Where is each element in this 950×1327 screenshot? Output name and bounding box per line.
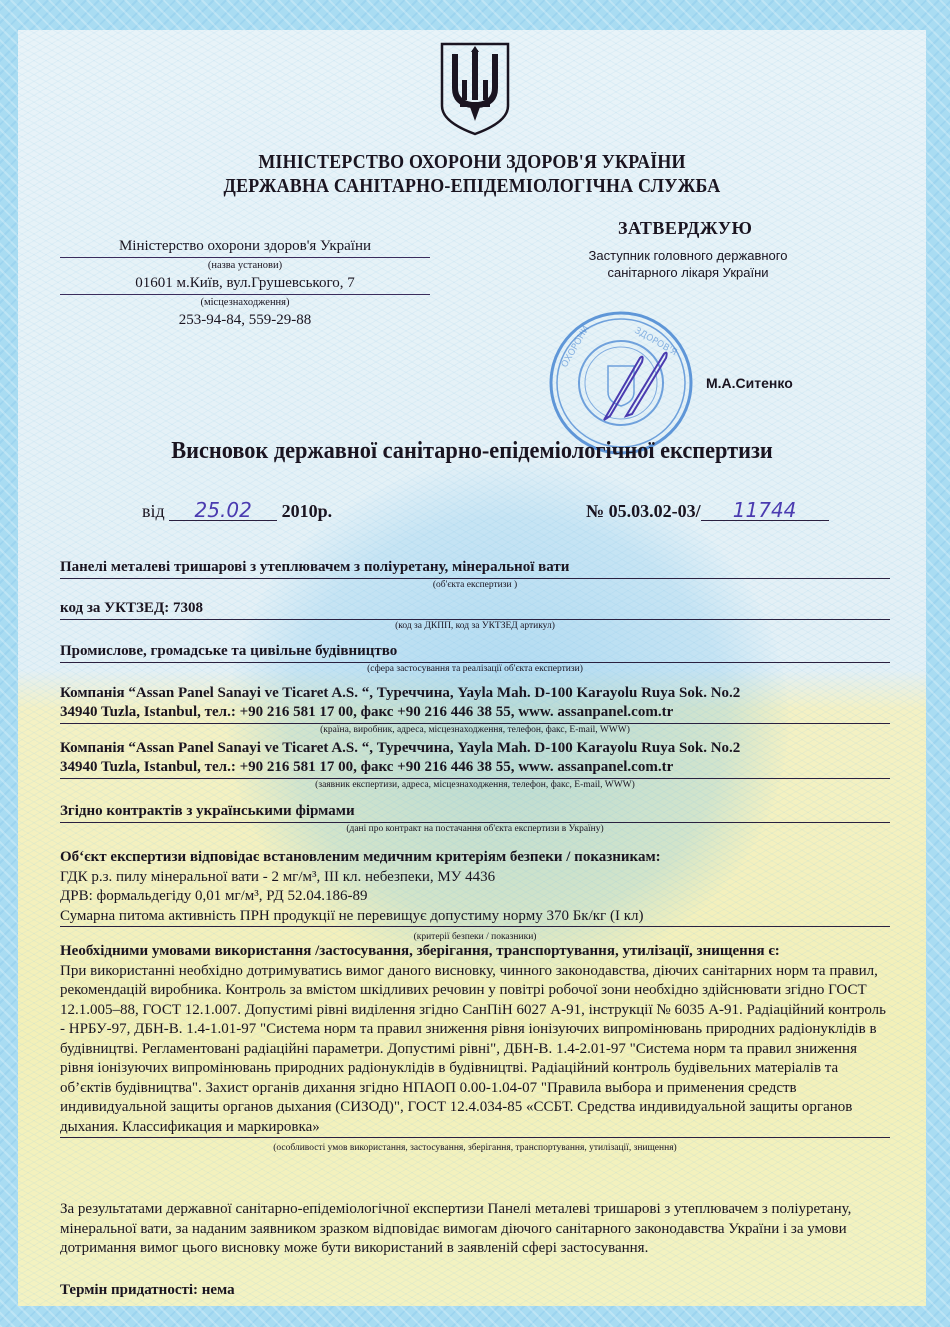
conditions-block: Необхідними умовами використання /застос… bbox=[60, 942, 890, 1159]
svg-text:ЗДОРОВ'Я: ЗДОРОВ'Я bbox=[633, 326, 679, 358]
date-prefix: від bbox=[142, 501, 165, 521]
signer-name: М.А.Ситенко bbox=[706, 375, 793, 391]
number-handwritten: 11744 bbox=[701, 500, 829, 521]
criteria-line2: ДРВ: формальдегіду 0,01 мг/м³, РД 52.04.… bbox=[60, 887, 890, 907]
object-caption: (об'єкта експертизи ) bbox=[60, 579, 890, 590]
approval-role-line2: санітарного лікаря України bbox=[558, 264, 818, 281]
conditions-title: Необхідними умовами використання /застос… bbox=[60, 942, 890, 962]
trident-coat-of-arms-icon bbox=[438, 40, 512, 136]
ministry-title-line2: ДЕРЖАВНА САНІТАРНО-ЕПІДЕМІОЛОГІЧНА СЛУЖБ… bbox=[54, 176, 889, 198]
field-applicant: Компанія “Assan Panel Sanayi ve Ticaret … bbox=[60, 739, 890, 790]
scope-caption: (сфера застосування та реалізації об'єкт… bbox=[60, 663, 890, 674]
institution-phones: 253-94-84, 559-29-88 bbox=[60, 312, 430, 329]
applicant-line2: 34940 Tuzla, Istanbul, тел.: +90 216 581… bbox=[60, 758, 890, 779]
scope-value: Промислове, громадське та цивільне будів… bbox=[60, 642, 890, 663]
document-number: № 05.03.02-03/11744 bbox=[586, 500, 829, 522]
criteria-title: Об‘єкт експертизи відповідає встановлени… bbox=[60, 848, 890, 868]
approval-role-line1: Заступник головного державного bbox=[558, 247, 818, 264]
institution-address: 01601 м.Київ, вул.Грушевського, 7 bbox=[60, 275, 430, 295]
manufacturer-line2: 34940 Tuzla, Istanbul, тел.: +90 216 581… bbox=[60, 703, 890, 724]
approval-title: ЗАТВЕРДЖУЮ bbox=[618, 218, 752, 239]
field-code: код за УКТЗЕД: 7308 (код за ДКПП, код за… bbox=[60, 599, 890, 631]
field-scope: Промислове, громадське та цивільне будів… bbox=[60, 642, 890, 674]
certificate-page: МІНІСТЕРСТВО ОХОРОНИ ЗДОРОВ'Я УКРАЇНИ ДЕ… bbox=[18, 30, 926, 1306]
institution-name: Міністерство охорони здоров'я України bbox=[60, 238, 430, 258]
field-contract: Згідно контрактів з українськими фірмами… bbox=[60, 802, 890, 834]
contract-value: Згідно контрактів з українськими фірмами bbox=[60, 802, 890, 823]
date-year: 2010р. bbox=[282, 501, 333, 521]
round-seal-stamp-icon: ОХОРОНИ ЗДОРОВ'Я bbox=[546, 308, 696, 458]
contract-caption: (дані про контракт на постачання об'єкта… bbox=[60, 823, 890, 834]
applicant-line1: Компанія “Assan Panel Sanayi ve Ticaret … bbox=[60, 739, 890, 758]
code-caption: (код за ДКПП, код за УКТЗЕД артикул) bbox=[60, 620, 890, 631]
document-title: Висновок державної санітарно-епідеміолог… bbox=[50, 438, 894, 465]
approval-role: Заступник головного державного санітарно… bbox=[558, 247, 818, 281]
conditions-caption: (особливості умов використання, застосув… bbox=[60, 1138, 890, 1159]
document-date: від 25.02 2010р. bbox=[142, 500, 332, 522]
criteria-line1: ГДК р.з. пилу мінеральної вати - 2 мг/м³… bbox=[60, 868, 890, 888]
validity-term: Термін придатності: нема bbox=[60, 1282, 890, 1299]
criteria-block: Об‘єкт експертизи відповідає встановлени… bbox=[60, 848, 890, 948]
institution-address-caption: (місцезнаходження) bbox=[60, 297, 430, 308]
ministry-title-line1: МІНІСТЕРСТВО ОХОРОНИ ЗДОРОВ'Я УКРАЇНИ bbox=[54, 152, 889, 174]
manufacturer-caption: (країна, виробник, адреса, місцезнаходже… bbox=[60, 724, 890, 735]
field-object: Панелі металеві тришарові з утеплювачем … bbox=[60, 558, 890, 590]
date-handwritten: 25.02 bbox=[169, 500, 277, 521]
criteria-line3: Сумарна питома активність ПРН продукції … bbox=[60, 907, 890, 928]
object-value: Панелі металеві тришарові з утеплювачем … bbox=[60, 558, 890, 579]
conditions-text: При використанні необхідно дотримуватись… bbox=[60, 962, 890, 1139]
conclusion-text: За результатами державної санітарно-епід… bbox=[60, 1200, 890, 1259]
institution-name-caption: (назва установи) bbox=[60, 260, 430, 271]
code-value: код за УКТЗЕД: 7308 bbox=[60, 599, 890, 620]
number-prefix: № 05.03.02-03/ bbox=[586, 501, 701, 521]
applicant-caption: (заявник експертизи, адреса, місцезнаход… bbox=[60, 779, 890, 790]
institution-block: Міністерство охорони здоров'я України (н… bbox=[60, 238, 430, 329]
manufacturer-line1: Компанія “Assan Panel Sanayi ve Ticaret … bbox=[60, 684, 890, 703]
field-manufacturer: Компанія “Assan Panel Sanayi ve Ticaret … bbox=[60, 684, 890, 735]
